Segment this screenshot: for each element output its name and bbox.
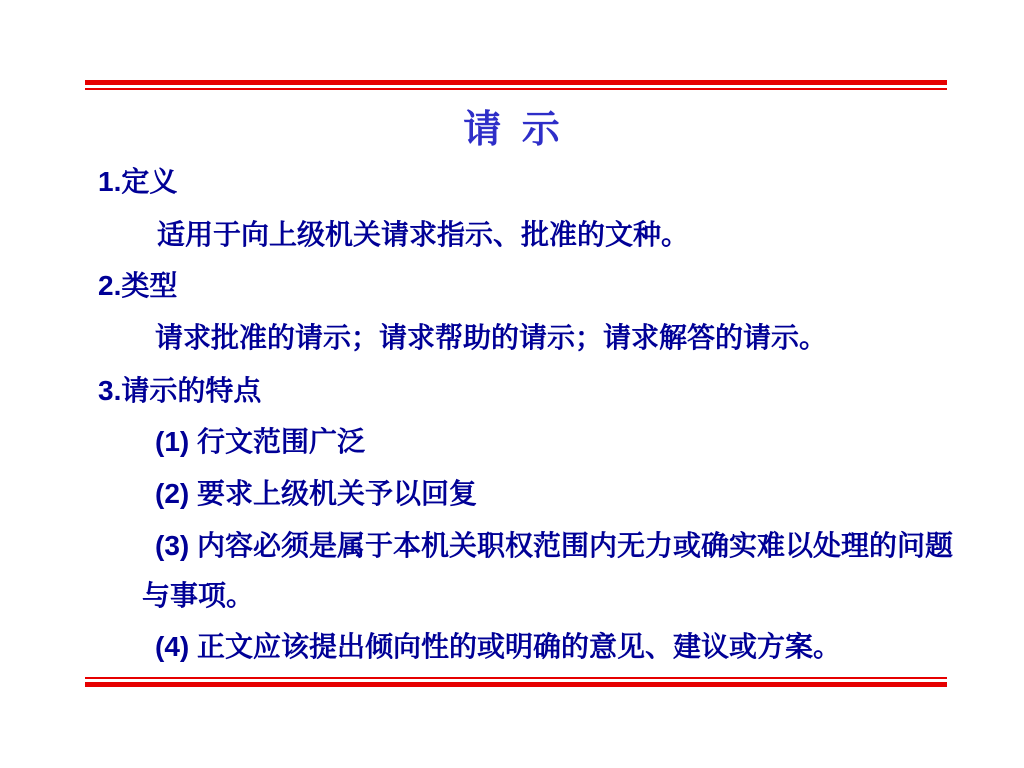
sub-item-3: (3) 内容必须是属于本机关职权范围内无力或确实难以处理的问题 (155, 530, 953, 562)
bottom-double-rule (85, 677, 947, 687)
paragraph-types: 请求批准的请示；请求帮助的请示；请求解答的请示。 (155, 322, 827, 354)
sub-item-2: (2) 要求上级机关予以回复 (155, 478, 477, 510)
sub-item-3-continuation: 与事项。 (142, 580, 254, 612)
bottom-rule-thick-line (85, 682, 947, 687)
top-double-rule (85, 80, 947, 90)
paragraph-definition: 适用于向上级机关请求指示、批准的文种。 (157, 219, 689, 251)
sub-item-4: (4) 正文应该提出倾向性的或明确的意见、建议或方案。 (155, 631, 841, 663)
presentation-slide: 请 示 1.定义 适用于向上级机关请求指示、批准的文种。 2.类型 请求批准的请… (0, 0, 1024, 768)
heading-definition: 1.定义 (98, 166, 177, 198)
heading-types: 2.类型 (98, 270, 177, 302)
slide-title: 请 示 (0, 108, 1024, 152)
heading-characteristics: 3.请示的特点 (98, 375, 261, 407)
sub-item-1: (1) 行文范围广泛 (155, 426, 365, 458)
top-rule-thin-line (85, 88, 947, 90)
